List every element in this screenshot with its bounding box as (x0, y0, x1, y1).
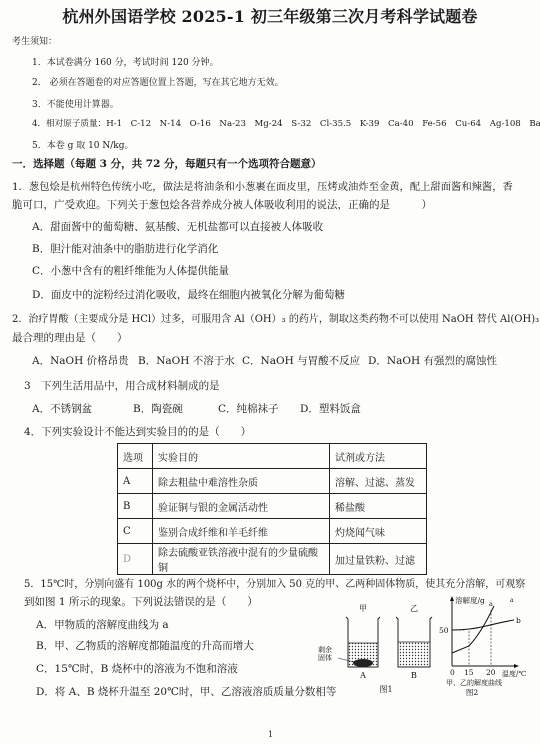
curve-a-top-label: a (510, 597, 514, 604)
table-cell: D (118, 544, 153, 575)
page-number: 1 (268, 730, 273, 739)
residue-label: 剩余 (318, 645, 332, 654)
table-cell: B (118, 494, 153, 519)
figure-2-solubility-chart: 溶解度/g a b a 50 0 15 20 温度/℃ 甲、乙的解度曲线 图2 (438, 594, 540, 698)
residue-solid (353, 659, 373, 667)
question-2-stem: 2．治疗胃酸（主要成分是 HCl）过多，可服用含 Al（OH）₃ 的药片，制取这… (12, 310, 539, 325)
beaker-a (346, 617, 380, 667)
table-cell: 溶解、过滤、蒸发 (330, 469, 427, 494)
question-3-option-b: B．陶瓷碗 (133, 401, 183, 416)
question-3-option-d: D．塑料饭盒 (300, 401, 361, 416)
question-5-stem: 到如图 1 所示的现象。下列说法错误的是（ ） (24, 594, 258, 609)
notice-item: 5．本卷 g 取 10 N/kg。 (32, 138, 134, 151)
table-cell: C (118, 519, 153, 544)
question-2-option-b: B．NaOH 不溶于水 (138, 353, 235, 368)
table-cell: 灼烧闻气味 (330, 519, 427, 544)
table-cell: 加过量铁粉、过滤 (330, 544, 427, 575)
beaker-a-top-label: 甲 (359, 604, 367, 613)
table-cell: 除去硫酸亚铁溶液中混有的少量硫酸铜 (153, 544, 330, 575)
chart-subtitle: 甲、乙的解度曲线 (446, 678, 502, 687)
question-5-option-a: A．甲物质的溶解度曲线为 a (36, 617, 169, 632)
question-3-option-a: A．不锈钢盆 (32, 401, 92, 416)
table-header: 实验目的 (153, 444, 330, 469)
question-4-stem: 4．下列实验设计不能达到实验目的的是（ ） (24, 424, 251, 439)
question-5-option-b: B．甲、乙物质的溶解度都随温度的升高而增大 (36, 638, 254, 653)
x-tick-0: 0 (450, 668, 455, 677)
question-2-option-d: D．NaOH 有强烈的腐蚀性 (368, 353, 497, 368)
question-5-stem: 5．15℃时，分别向盛有 100g 水的两个烧杯中，分别加入 50 克的甲、乙两… (24, 575, 525, 590)
x-tick-15: 15 (464, 668, 474, 677)
x-tick-20: 20 (486, 668, 496, 677)
curve-a-label: a (489, 600, 493, 608)
x-axis-label: 温度/℃ (502, 669, 526, 678)
question-5-option-c: C．15℃时，B 烧杯中的溶液为不饱和溶液 (36, 661, 238, 676)
question-2-option-a: A．NaOH 价格昂贵 (32, 353, 129, 368)
question-1-stem: 1．葱包烩是杭州特色传统小吃，做法是将油条和小葱裹在面皮里，压烤或油炸至金黄，配… (12, 178, 513, 193)
residue-label: 固体 (318, 653, 332, 662)
question-2-option-c: C．NaOH 与胃酸不反应 (242, 353, 360, 368)
figure-1-beakers: 甲 乙 剩余 固体 A B 图1 (318, 600, 448, 700)
question-2-stem: 最合理的理由是（ ） (12, 330, 128, 345)
page-title: 杭州外国语学校 2025-1 初三年级第三次月考科学试题卷 (0, 4, 540, 27)
table-header-row: 选项 实验目的 试剂或方法 (118, 444, 427, 469)
figure-1-caption: 图1 (379, 685, 392, 694)
table-cell: 除去粗盐中难溶性杂质 (153, 469, 330, 494)
figure-2-caption: 图2 (466, 688, 478, 697)
table-cell: 验证铜与银的金属活动性 (153, 494, 330, 519)
experiment-table: 选项 实验目的 试剂或方法 A 除去粗盐中难溶性杂质 溶解、过滤、蒸发 B 验证… (117, 443, 427, 575)
curve-b-label: b (516, 616, 521, 625)
question-1-option-d: D．面皮中的淀粉经过消化吸收，最终在细胞内被氧化分解为葡萄糖 (32, 287, 345, 302)
notice-heading: 考生须知： (12, 34, 57, 47)
question-3-stem: 3 下列生活用品中，用合成材料制成的是 (24, 378, 220, 393)
notice-item: 4．相对原子质量：H-1 C-12 N-14 O-16 Na-23 Mg-24 … (32, 117, 540, 129)
question-1-option-a: A．甜面酱中的葡萄糖、氨基酸、无机盐都可以直接被人体吸收 (32, 219, 323, 234)
notice-item: 2. 必须在答题卷的对应答题位置上答题，写在其它地方无效。 (32, 75, 284, 88)
table-header: 试剂或方法 (330, 444, 427, 469)
table-cell: 稀盐酸 (330, 494, 427, 519)
question-1-stem: 脆可口，广受欢迎。下列关于葱包烩各营养成分被人体吸收利用的说法，正确的是 ） (12, 197, 432, 212)
table-cell: 鉴别合成纤维和羊毛纤维 (153, 519, 330, 544)
section-heading: 一．选择题（每题 3 分，共 72 分，每题只有一个选项符合题意） (12, 156, 322, 171)
question-1-option-b: B．胆汁能对油条中的脂肪进行化学消化 (32, 241, 218, 256)
table-header: 选项 (118, 444, 153, 469)
y-axis-label: 溶解度/g (455, 595, 485, 605)
table-row: A 除去粗盐中难溶性杂质 溶解、过滤、蒸发 (118, 469, 427, 494)
notice-item: 3．不能使用计算器。 (32, 97, 119, 110)
y-tick-50: 50 (439, 626, 449, 635)
table-row: B 验证铜与银的金属活动性 稀盐酸 (118, 494, 427, 519)
beaker-b-top-label: 乙 (410, 604, 418, 613)
table-row: C 鉴别合成纤维和羊毛纤维 灼烧闻气味 (118, 519, 427, 544)
curve-b (452, 620, 514, 630)
question-5-option-d: D．将 A、B 烧杯升温至 20℃时，甲、乙溶液溶质质量分数相等 (36, 684, 336, 699)
question-1-option-c: C．小葱中含有的粗纤维能为人体提供能量 (32, 263, 229, 278)
table-cell: A (118, 469, 153, 494)
notice-item: 1．本试卷满分 160 分，考试时间 120 分钟。 (32, 55, 219, 68)
question-3-option-c: C．纯棉袜子 (218, 401, 279, 416)
beaker-a-label: A (359, 671, 366, 680)
beaker-b-label: B (411, 671, 417, 680)
table-row: D 除去硫酸亚铁溶液中混有的少量硫酸铜 加过量铁粉、过滤 (118, 544, 427, 575)
beaker-b (396, 617, 432, 667)
